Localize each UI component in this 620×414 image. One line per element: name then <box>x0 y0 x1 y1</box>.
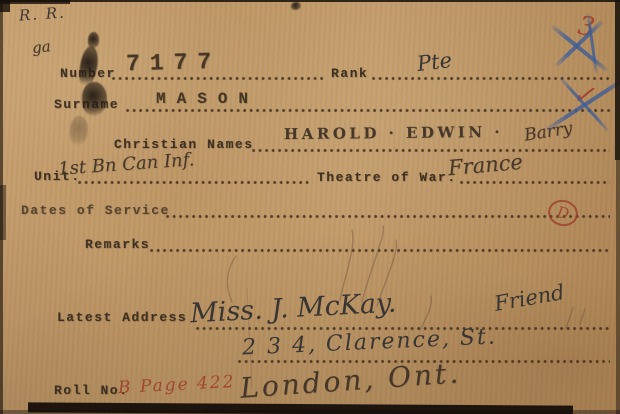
dotted-leader <box>78 180 312 185</box>
dotted-leader <box>166 214 610 219</box>
dotted-leader <box>252 148 610 153</box>
dotted-leader <box>126 108 610 113</box>
scan-edge-left-patch <box>0 185 6 240</box>
scan-edge-right <box>615 0 620 160</box>
latest-address-label: Latest Address <box>57 310 187 325</box>
scan-edge-bottom-line <box>0 410 620 414</box>
scan-edge-top <box>0 0 620 2</box>
scan-edge-top-left <box>0 0 70 4</box>
scanned-service-card: R. R. ga Number 7177 Rank Pte Surname MA… <box>0 0 620 414</box>
rank-label: Rank <box>331 66 368 81</box>
top-left-initials: R. R. <box>18 3 66 24</box>
christian-names-value: HAROLD · EDWIN · <box>284 123 503 143</box>
rank-value: Pte <box>416 48 454 76</box>
scan-edge-right-lower <box>616 160 620 414</box>
remarks-label: Remarks <box>85 237 150 252</box>
top-left-pencil-note: ga <box>31 37 51 57</box>
surname-value: MASON <box>156 90 259 108</box>
dotted-leader <box>460 180 610 185</box>
dates-check-mark-letter: D <box>555 203 571 223</box>
dotted-leader <box>150 248 610 253</box>
dates-of-service-label: Dates of Service <box>21 203 170 218</box>
theatre-of-war-label: Theatre of War. <box>317 170 457 185</box>
number-value: 7177 <box>126 49 222 77</box>
